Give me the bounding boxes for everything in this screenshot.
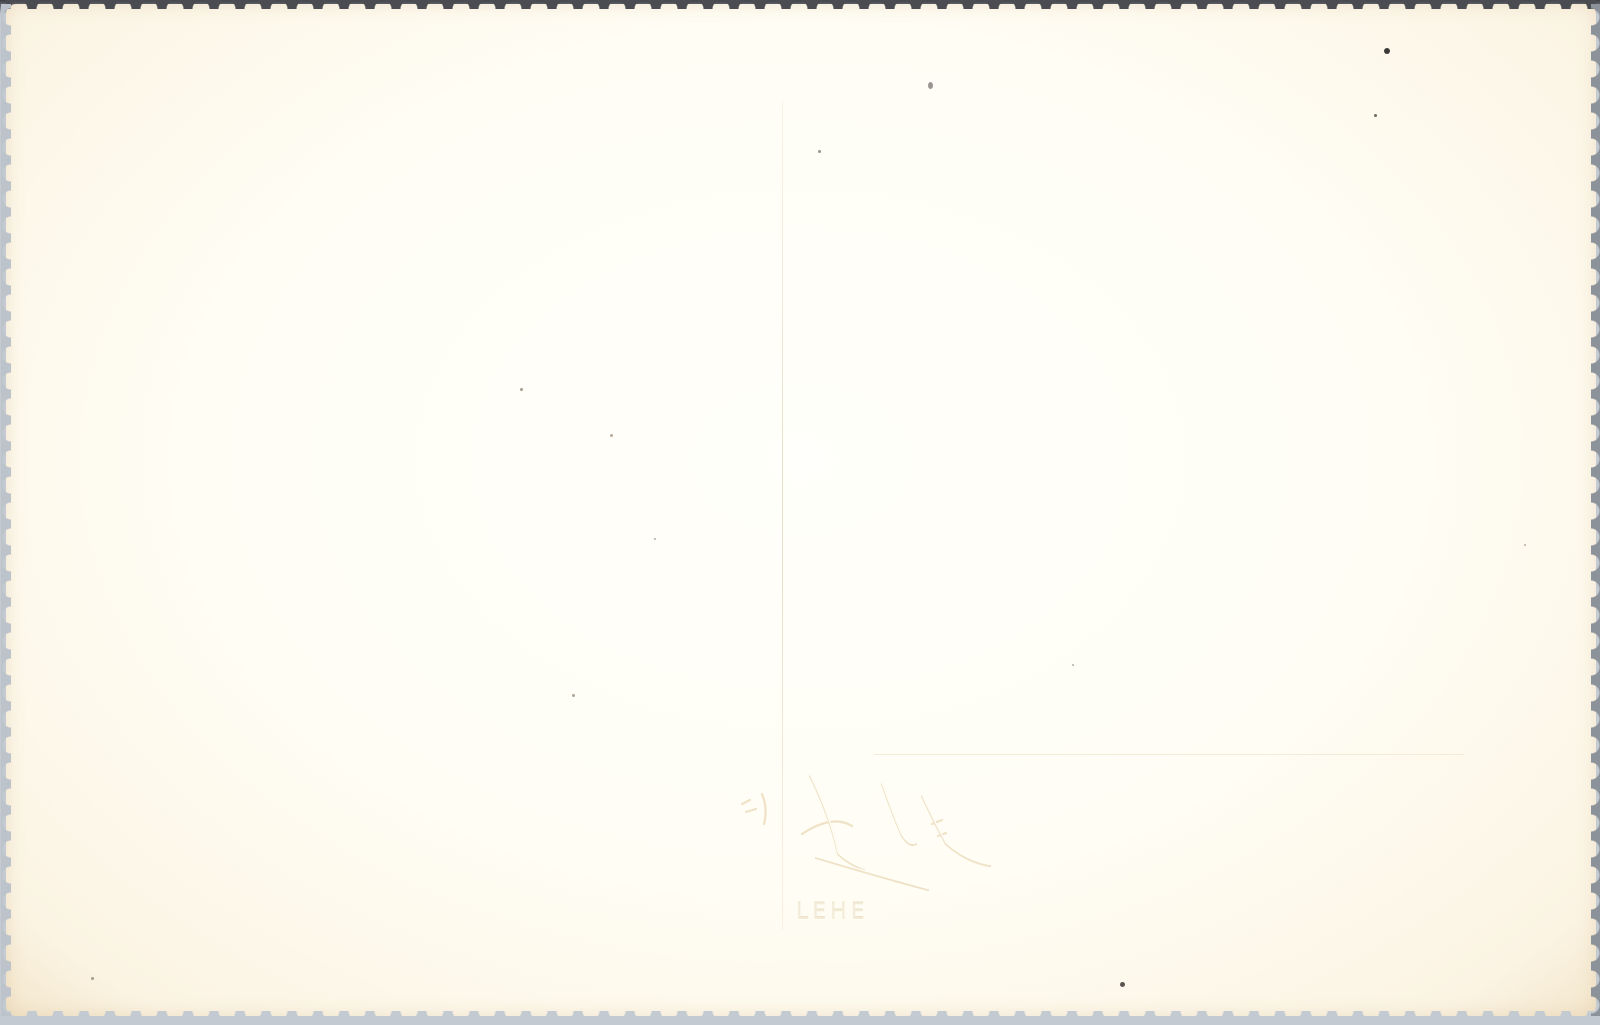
address-line	[874, 754, 1464, 755]
dust-speck	[928, 82, 933, 89]
dust-speck	[1072, 664, 1074, 666]
dust-speck	[1374, 114, 1377, 117]
deckled-edge-right	[1591, 4, 1600, 1016]
dust-speck	[1524, 544, 1526, 546]
dust-speck	[818, 150, 821, 153]
deckled-edge-left	[1, 4, 11, 1016]
dust-speck	[520, 388, 523, 391]
postcard-back: LEHE	[6, 4, 1596, 1016]
dust-speck	[1120, 982, 1125, 987]
deckled-edge-top	[6, 0, 1596, 9]
embossed-signature-mark	[732, 764, 1012, 904]
dust-speck	[572, 694, 575, 697]
scan-background: LEHE	[0, 0, 1600, 1025]
dust-speck	[610, 434, 613, 437]
deckled-edge-bottom	[6, 1011, 1596, 1021]
dust-speck	[1384, 48, 1390, 54]
dust-speck	[654, 538, 656, 540]
embossed-maker-text: LEHE	[796, 900, 869, 925]
dust-speck	[91, 977, 94, 980]
